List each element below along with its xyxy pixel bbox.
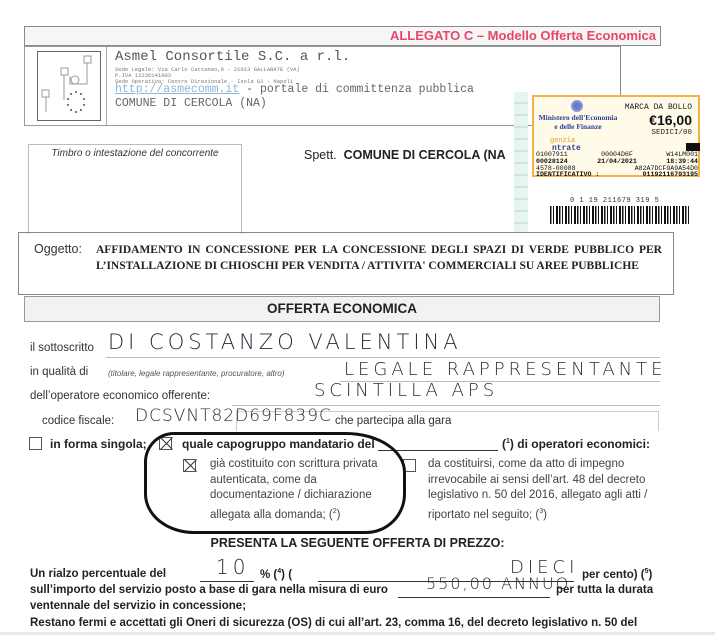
rialzo-percent: % (4) ( — [260, 568, 292, 581]
recipient: Spett. COMUNE DI CERCOLA (NA — [304, 148, 506, 162]
importo-line — [398, 597, 550, 598]
rialzo-value[interactable]: 10 — [216, 555, 249, 579]
da-costituirsi-text: da costituirsi, come da atto di impegno … — [428, 457, 673, 523]
allegato-title: ALLEGATO C – Modello Offerta Economica — [390, 28, 656, 43]
sottoscritto-value[interactable]: DI COSTANZO VALENTINA — [108, 330, 462, 354]
ministry-line1: Ministero dell'Economia — [538, 113, 618, 122]
partecipa-label: che partecipa alla gara — [335, 415, 451, 427]
allegato-bar: ALLEGATO C – Modello Offerta Economica — [24, 26, 661, 46]
handdrawn-circle-mark — [144, 432, 406, 534]
cf-value[interactable]: DCSVNT82D69F839C — [135, 406, 332, 426]
oneri-text: Restano fermi e accettati gli Oneri di s… — [30, 617, 637, 629]
operatore-label: dell’operatore economico offerente: — [30, 390, 210, 402]
marca-da-bollo-stamp: Ministero dell'Economia e delle Finanze … — [514, 92, 704, 232]
header-divider — [106, 47, 107, 125]
cf-label: codice fiscale: — [42, 415, 114, 427]
sottoscritto-label: il sottoscritto — [30, 342, 94, 354]
stamp-amount: €16,00 — [649, 112, 692, 128]
importo-label: sull’importo del servizio posto a base d… — [30, 584, 388, 596]
portal-line: http://asmecomm.it - portale di committe… — [115, 83, 474, 96]
portal-suffix: - portale di committenza pubblica — [239, 83, 474, 96]
recipient-prefix: Spett. — [304, 148, 337, 162]
barcode-number: 0 1 19 211679 319 5 — [570, 197, 659, 205]
asmel-logo-icon — [37, 51, 101, 121]
stamp-black-mark — [686, 143, 700, 151]
durata-label: per tutta la durata — [556, 584, 653, 596]
republic-emblem-icon — [570, 99, 584, 113]
oggetto-box: Oggetto: AFFIDAMENTO IN CONCESSIONE PER … — [18, 232, 674, 295]
ministry-line2: e delle Finanze — [538, 122, 618, 131]
stamp-amount-words: SEDICI/00 — [651, 129, 692, 137]
company-name: Asmel Consortile S.C. a r.l. — [115, 49, 350, 65]
oggetto-label: Oggetto: — [34, 242, 82, 256]
qualita-hint: (titolare, legale rappresentante, procur… — [108, 369, 285, 378]
barcode — [550, 206, 690, 224]
header-right-rule — [620, 46, 621, 96]
oggetto-text: AFFIDAMENTO IN CONCESSIONE PER LA CONCES… — [96, 242, 662, 274]
singola-checkbox[interactable] — [29, 437, 42, 450]
rialzo-line — [200, 581, 254, 582]
stamp-label: MARCA DA BOLLO — [625, 103, 692, 112]
singola-label: in forma singola; — [50, 437, 147, 451]
rialzo-label: Un rialzo percentuale del — [30, 568, 166, 580]
timbro-box: Timbro o intestazione del concorrente — [28, 144, 242, 234]
section-title: OFFERTA ECONOMICA — [24, 296, 660, 322]
operatori-suffix: (1) di operatori economici: — [502, 437, 650, 451]
sottoscritto-line — [106, 357, 660, 358]
recipient-name: COMUNE DI CERCOLA (NA — [344, 148, 506, 162]
stamp-codes: 0100791100004D6FW14LM001 0002812421/04/2… — [536, 152, 698, 179]
ventennale-text: ventennale del servizio in concessione; — [30, 600, 246, 612]
qualita-value[interactable]: LEGALE RAPPRESENTANTE — [344, 359, 666, 380]
comune-header: COMUNE DI CERCOLA (NA) — [115, 97, 267, 110]
stamp-ministry: Ministero dell'Economia e delle Finanze — [538, 113, 618, 131]
importo-value[interactable]: 550,00 ANNUO — [426, 574, 570, 593]
offer-heading: PRESENTA LA SEGUENTE OFFERTA DI PREZZO: — [0, 536, 715, 550]
timbro-label: Timbro o intestazione del concorrente — [29, 148, 241, 159]
stamp-code-row: IDENTIFICATIVO :01192116793195 — [536, 172, 698, 179]
operatore-value[interactable]: SCINTILLA APS — [314, 380, 498, 401]
per-cento: per cento) (5) — [582, 568, 652, 581]
stamp-perforated-edge — [514, 92, 528, 232]
portal-link[interactable]: http://asmecomm.it — [115, 83, 239, 96]
stamp-body: Ministero dell'Economia e delle Finanze … — [532, 95, 700, 177]
qualita-label: in qualità di — [30, 366, 88, 378]
